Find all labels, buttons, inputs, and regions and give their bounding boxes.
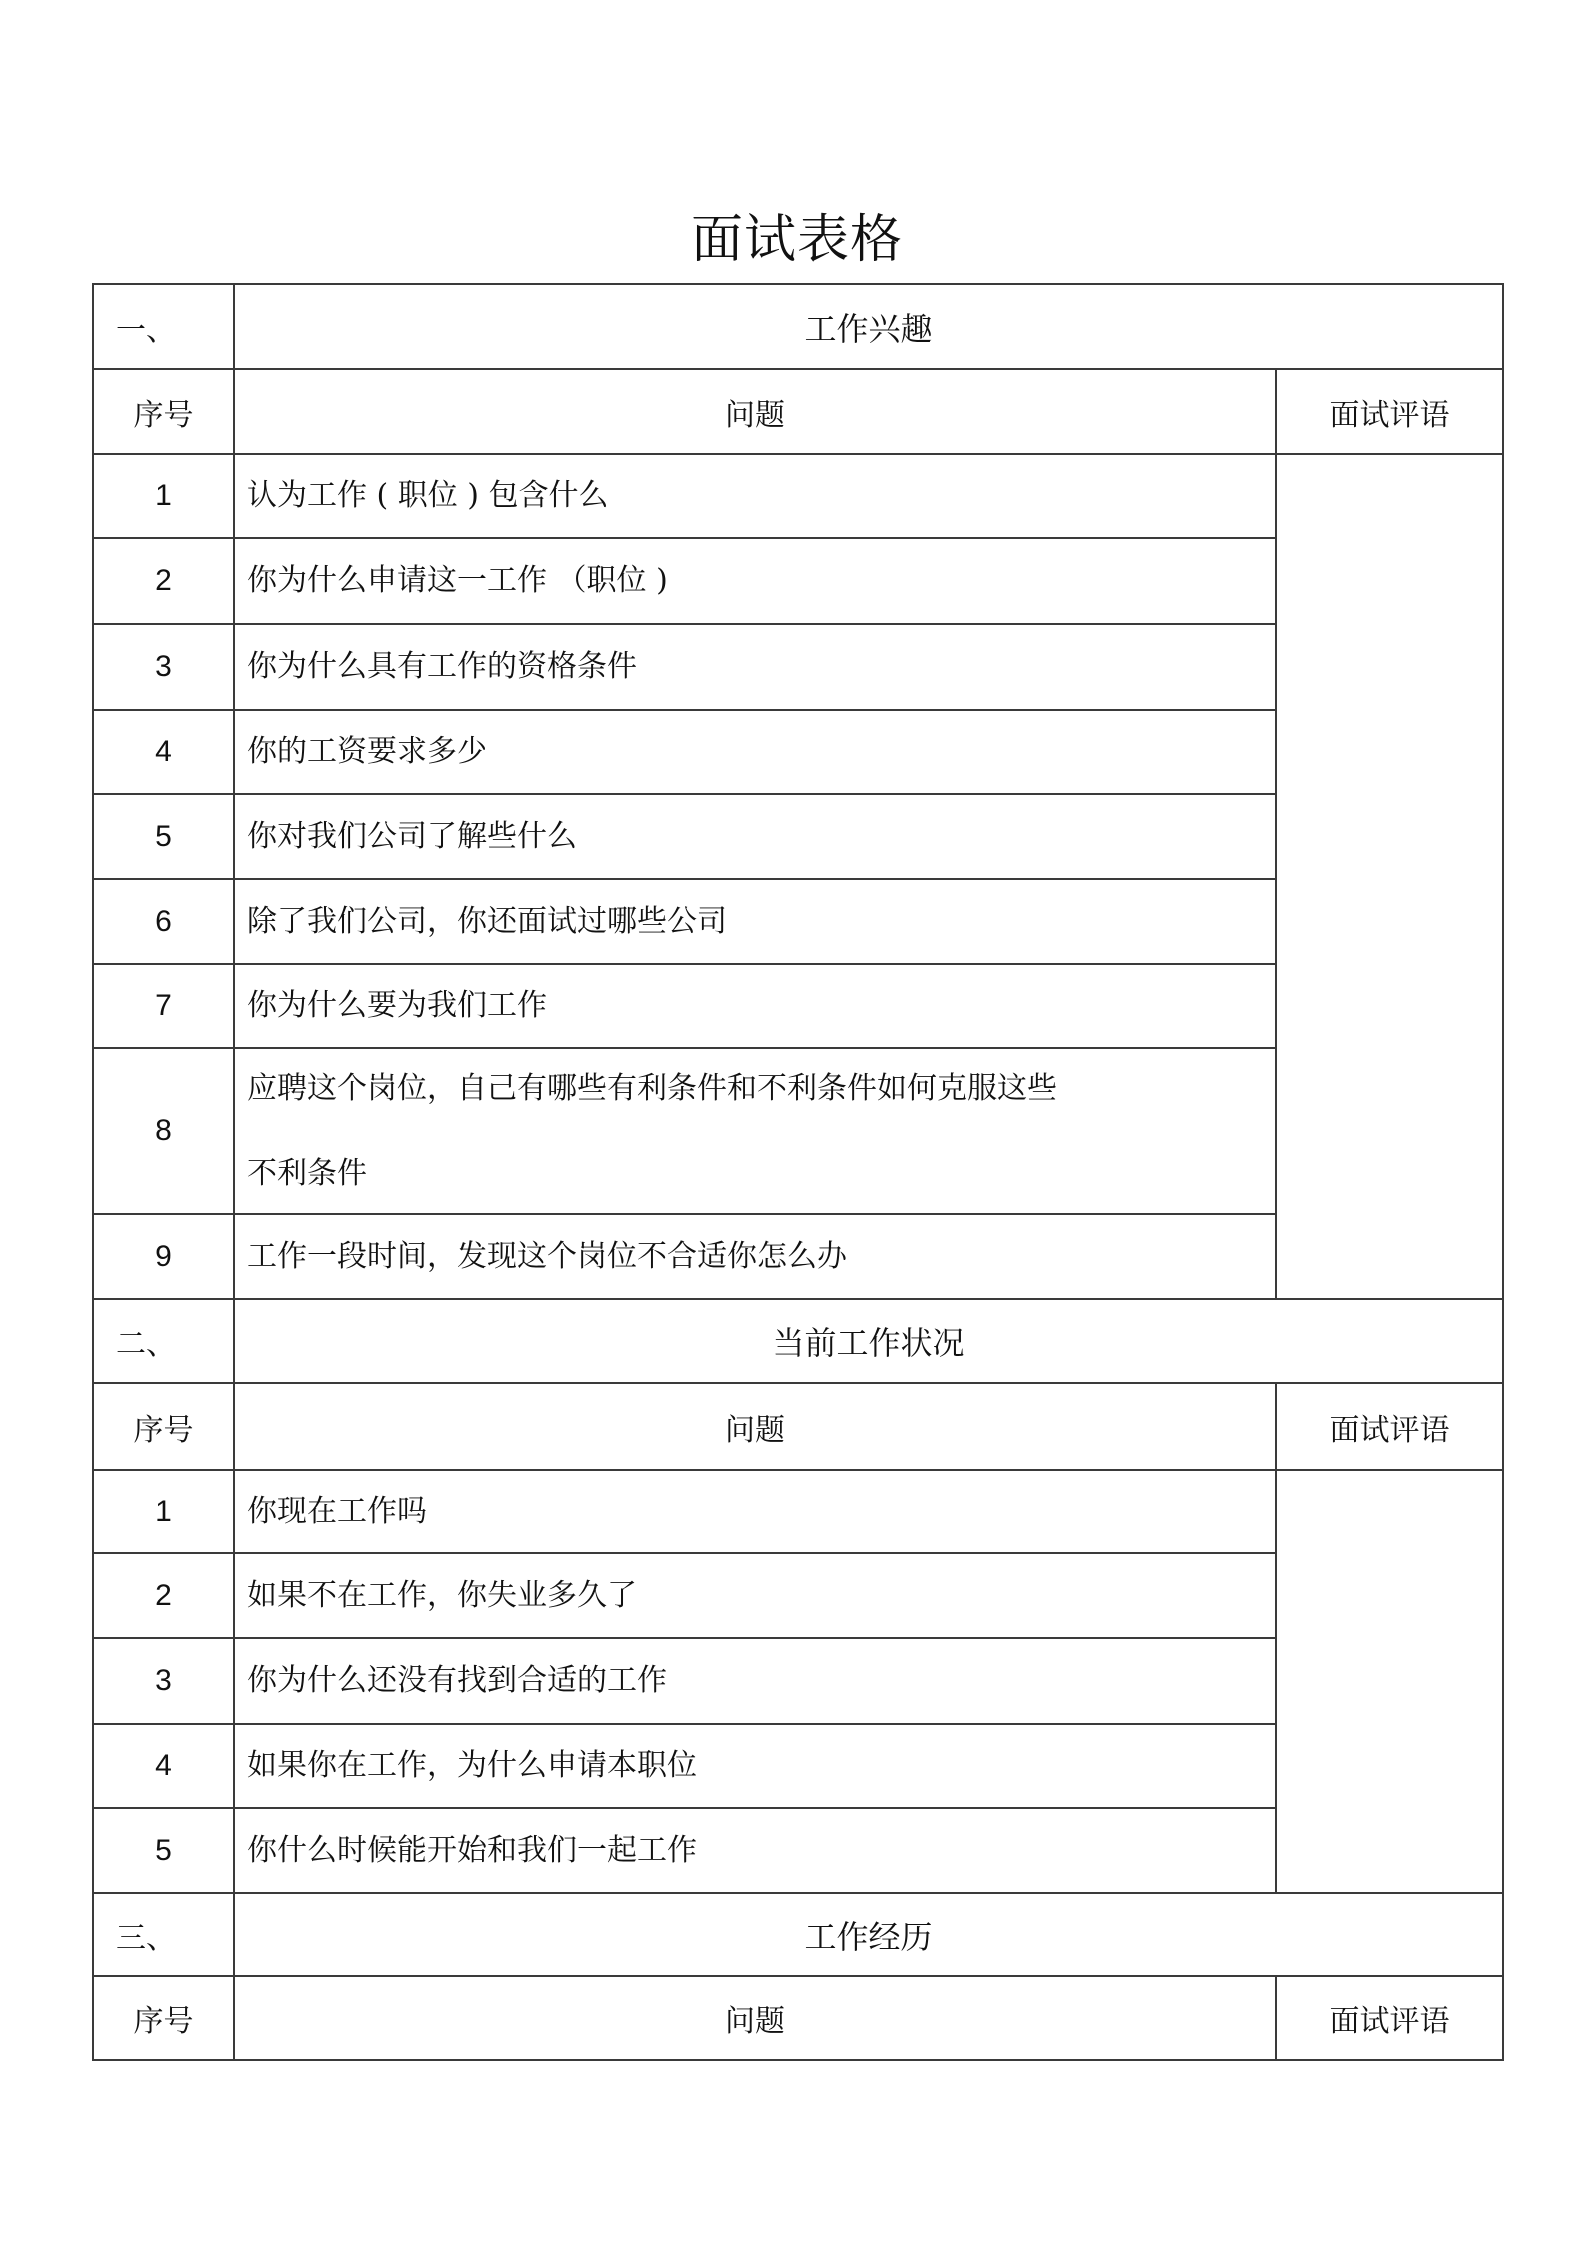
section-number: 一、 <box>93 284 234 369</box>
question-text: 你为什么申请这一工作 （职位 ) <box>234 538 1276 624</box>
question-text-line: 你的工资要求多少 <box>247 737 1275 767</box>
section-heading-row: 一、工作兴趣 <box>93 284 1503 369</box>
column-header-row: 序号问题面试评语 <box>93 1976 1503 2060</box>
question-number: 7 <box>93 964 234 1048</box>
question-number: 4 <box>93 710 234 794</box>
section-title: 当前工作状况 <box>234 1299 1503 1383</box>
section-title: 工作兴趣 <box>234 284 1503 369</box>
section-title: 工作经历 <box>234 1893 1503 1976</box>
interview-table: 一、工作兴趣序号问题面试评语1认为工作 ( 职位 ) 包含什么2你为什么申请这一… <box>92 283 1504 2061</box>
question-text-line: 你对我们公司了解些什么 <box>247 822 1275 852</box>
question-text-line: 应聘这个岗位，自己有哪些有利条件和不利条件如何克服这些 <box>247 1074 1275 1104</box>
question-text-line: 除了我们公司，你还面试过哪些公司 <box>247 907 1275 937</box>
question-number: 5 <box>93 1808 234 1893</box>
question-text-line: 认为工作 ( 职位 ) 包含什么 <box>247 481 1275 511</box>
column-header-question: 问题 <box>234 1976 1276 2060</box>
question-text: 你为什么还没有找到合适的工作 <box>234 1638 1276 1724</box>
section-heading-row: 二、当前工作状况 <box>93 1299 1503 1383</box>
interview-comment-cell[interactable] <box>1276 454 1503 1299</box>
question-text: 你的工资要求多少 <box>234 710 1276 794</box>
question-number: 6 <box>93 879 234 964</box>
question-number: 3 <box>93 1638 234 1724</box>
question-text-line: 不利条件 <box>247 1159 1275 1189</box>
question-text: 你为什么具有工作的资格条件 <box>234 624 1276 710</box>
question-number: 2 <box>93 538 234 624</box>
column-header-comment: 面试评语 <box>1276 369 1503 454</box>
column-header-no: 序号 <box>93 369 234 454</box>
question-text: 你什么时候能开始和我们一起工作 <box>234 1808 1276 1893</box>
question-text-line: 工作一段时间，发现这个岗位不合适你怎么办 <box>247 1242 1275 1272</box>
question-text: 你对我们公司了解些什么 <box>234 794 1276 879</box>
question-text-line: 你为什么要为我们工作 <box>247 991 1275 1021</box>
question-text: 你现在工作吗 <box>234 1470 1276 1553</box>
question-text-line: 如果不在工作，你失业多久了 <box>247 1581 1275 1611</box>
column-header-question: 问题 <box>234 369 1276 454</box>
section-number: 二、 <box>93 1299 234 1383</box>
question-text: 你为什么要为我们工作 <box>234 964 1276 1048</box>
column-header-no: 序号 <box>93 1383 234 1470</box>
question-text-line: 你为什么申请这一工作 （职位 ) <box>247 566 1275 596</box>
column-header-comment: 面试评语 <box>1276 1976 1503 2060</box>
question-row: 1认为工作 ( 职位 ) 包含什么 <box>93 454 1503 538</box>
question-text: 工作一段时间，发现这个岗位不合适你怎么办 <box>234 1214 1276 1299</box>
question-text-line: 如果你在工作，为什么申请本职位 <box>247 1751 1275 1781</box>
column-header-row: 序号问题面试评语 <box>93 1383 1503 1470</box>
interview-form: 一、工作兴趣序号问题面试评语1认为工作 ( 职位 ) 包含什么2你为什么申请这一… <box>92 283 1502 2061</box>
question-text-line: 你什么时候能开始和我们一起工作 <box>247 1836 1275 1866</box>
page-title: 面试表格 <box>0 208 1594 272</box>
question-row: 1你现在工作吗 <box>93 1470 1503 1553</box>
interview-comment-cell[interactable] <box>1276 1470 1503 1893</box>
question-text-line: 你为什么具有工作的资格条件 <box>247 652 1275 682</box>
question-number: 5 <box>93 794 234 879</box>
section-heading-row: 三、工作经历 <box>93 1893 1503 1976</box>
question-number: 1 <box>93 1470 234 1553</box>
section-number: 三、 <box>93 1893 234 1976</box>
column-header-question: 问题 <box>234 1383 1276 1470</box>
column-header-comment: 面试评语 <box>1276 1383 1503 1470</box>
question-number: 1 <box>93 454 234 538</box>
question-text-line: 你为什么还没有找到合适的工作 <box>247 1666 1275 1696</box>
question-number: 9 <box>93 1214 234 1299</box>
question-text: 如果你在工作，为什么申请本职位 <box>234 1724 1276 1808</box>
question-number: 3 <box>93 624 234 710</box>
question-number: 2 <box>93 1553 234 1638</box>
column-header-row: 序号问题面试评语 <box>93 369 1503 454</box>
question-text: 应聘这个岗位，自己有哪些有利条件和不利条件如何克服这些不利条件 <box>234 1048 1276 1214</box>
question-number: 8 <box>93 1048 234 1214</box>
column-header-no: 序号 <box>93 1976 234 2060</box>
question-text-line: 你现在工作吗 <box>247 1497 1275 1527</box>
question-text: 认为工作 ( 职位 ) 包含什么 <box>234 454 1276 538</box>
question-text: 除了我们公司，你还面试过哪些公司 <box>234 879 1276 964</box>
question-number: 4 <box>93 1724 234 1808</box>
question-text: 如果不在工作，你失业多久了 <box>234 1553 1276 1638</box>
